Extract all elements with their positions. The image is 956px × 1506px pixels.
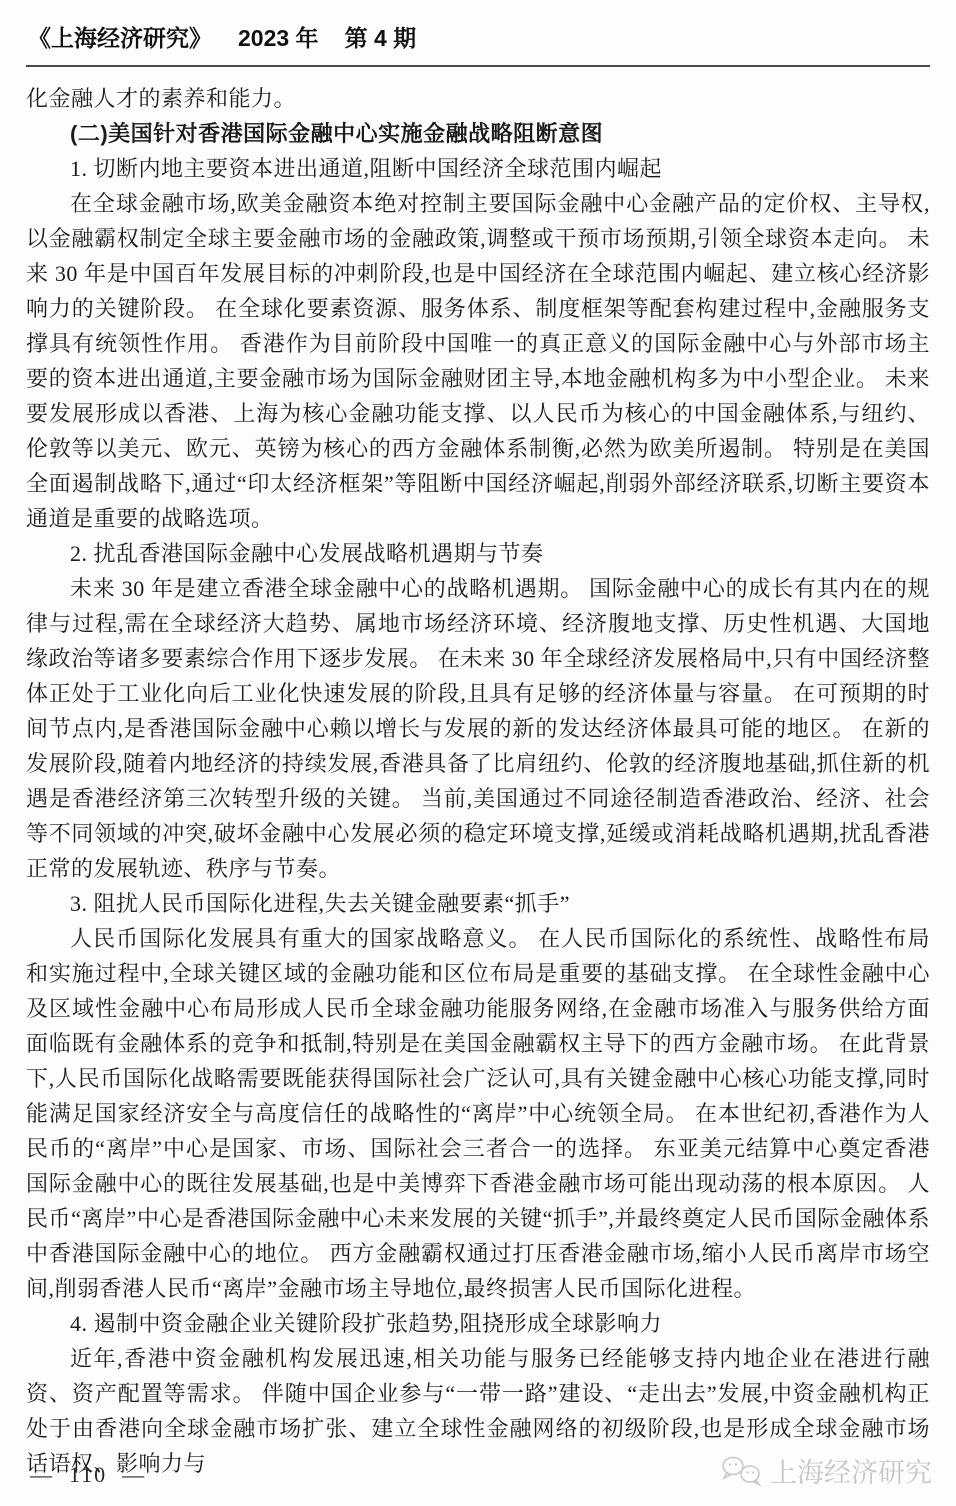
journal-year: 2023 年 (238, 20, 319, 53)
subsection-3-heading: 3. 阻扰人民币国际化进程,失去关键金融要素“抓手” (26, 886, 930, 921)
header-rule (26, 65, 930, 67)
journal-issue: 第 4 期 (345, 20, 417, 53)
subsection-1-paragraph: 在全球金融市场,欧美金融资本绝对控制主要国际金融中心金融产品的定价权、主导权,以… (26, 186, 930, 536)
subsection-2-heading: 2. 扰乱香港国际金融中心发展战略机遇期与节奏 (26, 536, 930, 571)
article-body: 化金融人才的素养和能力。 (二)美国针对香港国际金融中心实施金融战略阻断意图 1… (26, 81, 930, 1481)
page-header: 《上海经济研究》 2023 年 第 4 期 (26, 20, 930, 53)
watermark: 上海经济研究 (720, 1451, 932, 1490)
subsection-1-heading: 1. 切断内地主要资本进出通道,阻断中国经济全球范围内崛起 (26, 151, 930, 186)
subsection-2-paragraph: 未来 30 年是建立香港全球金融中心的战略机遇期。 国际金融中心的成长有其内在的… (26, 571, 930, 886)
continuation-line: 化金融人才的素养和能力。 (26, 81, 930, 116)
watermark-text: 上海经济研究 (770, 1451, 932, 1490)
journal-title: 《上海经济研究》 (28, 20, 212, 53)
wechat-icon (720, 1453, 764, 1489)
subsection-3-paragraph: 人民币国际化发展具有重大的国家战略意义。 在人民币国际化的系统性、战略性布局和实… (26, 921, 930, 1306)
journal-page: 《上海经济研究》 2023 年 第 4 期 化金融人才的素养和能力。 (二)美国… (0, 0, 956, 1506)
subsection-4-heading: 4. 遏制中资金融企业关键阶段扩张趋势,阻挠形成全球影响力 (26, 1306, 930, 1341)
section-heading: (二)美国针对香港国际金融中心实施金融战略阻断意图 (26, 116, 930, 151)
page-number: — 110 — (30, 1462, 146, 1488)
